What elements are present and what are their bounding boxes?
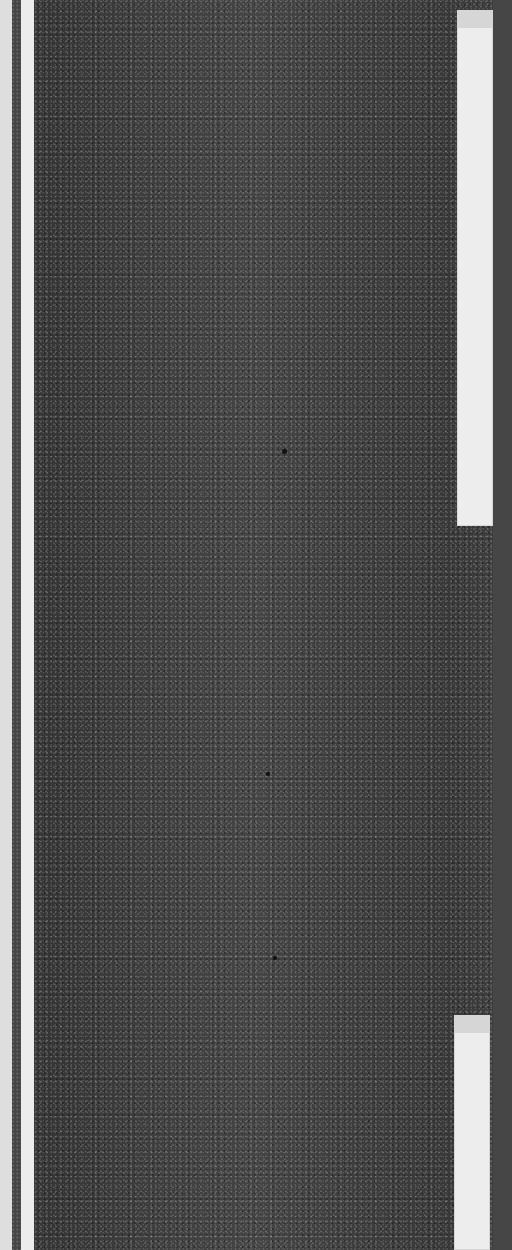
dash-cap (457, 10, 493, 28)
inner-edge-line (21, 0, 34, 1250)
right-asphalt-strip (493, 0, 512, 1250)
asphalt-surface (0, 0, 512, 1250)
asphalt-spot (273, 956, 277, 960)
dash-cap (454, 1015, 490, 1033)
asphalt-spot (282, 449, 287, 454)
lane-dash-bottom (454, 1015, 490, 1250)
outer-edge-line (0, 0, 12, 1250)
lane-dash-top (457, 10, 493, 526)
asphalt-spot (266, 772, 270, 776)
